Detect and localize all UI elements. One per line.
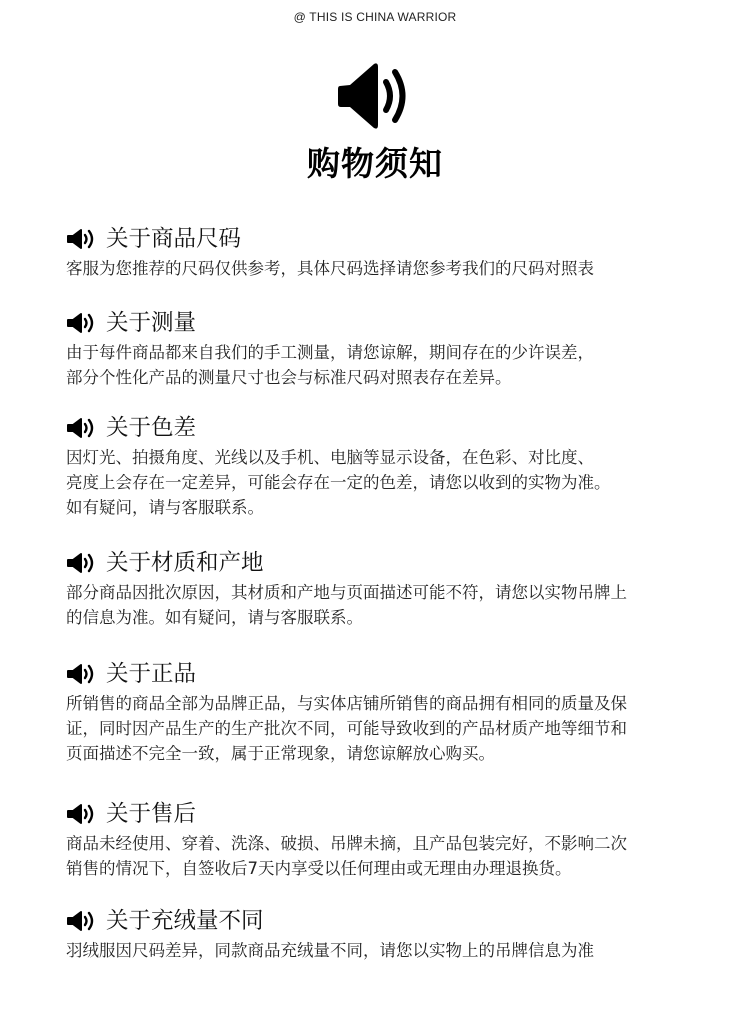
speaker-icon <box>66 312 96 334</box>
section-body: 部分商品因批次原因，其材质和产地与页面描述可能不符，请您以实物吊牌上 的信息为准… <box>66 580 686 630</box>
speaker-icon <box>66 417 96 439</box>
section-authenticity: 关于正品 所销售的商品全部为品牌正品，与实体店铺所销售的商品拥有相同的质量及保 … <box>66 659 686 766</box>
section-title: 关于商品尺码 <box>106 224 241 254</box>
section-body: 客服为您推荐的尺码仅供参考，具体尺码选择请您参考我们的尺码对照表 <box>66 256 686 281</box>
section-body: 羽绒服因尺码差异，同款商品充绒量不同，请您以实物上的吊牌信息为准 <box>66 938 686 963</box>
speaker-icon <box>66 552 96 574</box>
section-fill-weight: 关于充绒量不同 羽绒服因尺码差异，同款商品充绒量不同，请您以实物上的吊牌信息为准 <box>66 906 686 963</box>
section-title: 关于色差 <box>106 413 196 443</box>
section-title: 关于充绒量不同 <box>106 906 264 936</box>
section-title: 关于测量 <box>106 308 196 338</box>
speaker-icon <box>66 663 96 685</box>
section-material-origin: 关于材质和产地 部分商品因批次原因，其材质和产地与页面描述可能不符，请您以实物吊… <box>66 548 686 630</box>
section-body: 因灯光、拍摄角度、光线以及手机、电脑等显示设备，在色彩、对比度、 亮度上会存在一… <box>66 445 686 520</box>
speaker-icon <box>336 62 414 130</box>
section-color-difference: 关于色差 因灯光、拍摄角度、光线以及手机、电脑等显示设备，在色彩、对比度、 亮度… <box>66 413 686 520</box>
section-title: 关于售后 <box>106 799 196 829</box>
section-measurement: 关于测量 由于每件商品都来自我们的手工测量，请您谅解，期间存在的少许误差， 部分… <box>66 308 686 390</box>
section-title: 关于正品 <box>106 659 196 689</box>
speaker-icon <box>66 228 96 250</box>
section-body: 所销售的商品全部为品牌正品，与实体店铺所销售的商品拥有相同的质量及保 证，同时因… <box>66 691 686 766</box>
speaker-icon <box>66 910 96 932</box>
section-title: 关于材质和产地 <box>106 548 264 578</box>
section-body: 商品未经使用、穿着、洗涤、破损、吊牌未摘，且产品包装完好，不影响二次 销售的情况… <box>66 831 686 881</box>
brand-watermark: @ THIS IS CHINA WARRIOR <box>0 10 750 24</box>
section-body: 由于每件商品都来自我们的手工测量，请您谅解，期间存在的少许误差， 部分个性化产品… <box>66 340 686 390</box>
section-after-sales: 关于售后 商品未经使用、穿着、洗涤、破损、吊牌未摘，且产品包装完好，不影响二次 … <box>66 799 686 881</box>
speaker-icon <box>66 803 96 825</box>
page-title: 购物须知 <box>0 138 750 185</box>
section-product-size: 关于商品尺码 客服为您推荐的尺码仅供参考，具体尺码选择请您参考我们的尺码对照表 <box>66 224 686 281</box>
